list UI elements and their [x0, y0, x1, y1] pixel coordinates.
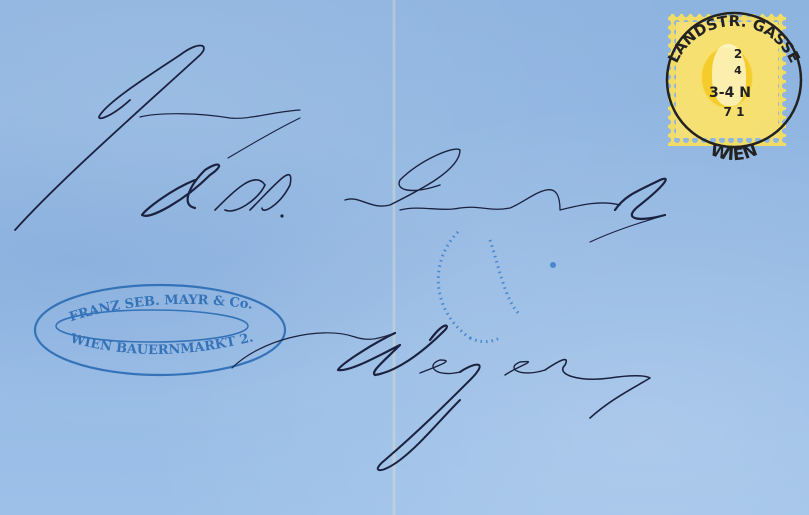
postmark-date-line: 3-4 N [709, 85, 751, 101]
handstamp-line1: FRANZ SEB. MAYR & Co. [68, 293, 254, 325]
postmark-date-line: 4 [734, 64, 742, 77]
handwritten-address [15, 46, 666, 471]
postmark-date-line: 7 1 [724, 105, 745, 119]
company-handstamp: FRANZ SEB. MAYR & Co. WIEN BAUERNMARKT 2… [35, 285, 285, 375]
handwriting-place [232, 326, 650, 471]
blue-arrival-mark [438, 232, 556, 342]
postmark-date-line: 2 [734, 47, 742, 61]
cover-markings: LANDSTR. GASSE WIEN 2 4 3-4 N 7 1 FRANZ … [0, 0, 809, 515]
handstamp-line2: WIEN BAUERNMARKT 2. [68, 330, 255, 358]
postal-cover: LANDSTR. GASSE WIEN 2 4 3-4 N 7 1 FRANZ … [0, 0, 809, 515]
postmark-bottom-text: WIEN [708, 140, 761, 165]
postmark: LANDSTR. GASSE WIEN 2 4 3-4 N 7 1 [664, 12, 804, 165]
handwriting-name [142, 149, 666, 242]
